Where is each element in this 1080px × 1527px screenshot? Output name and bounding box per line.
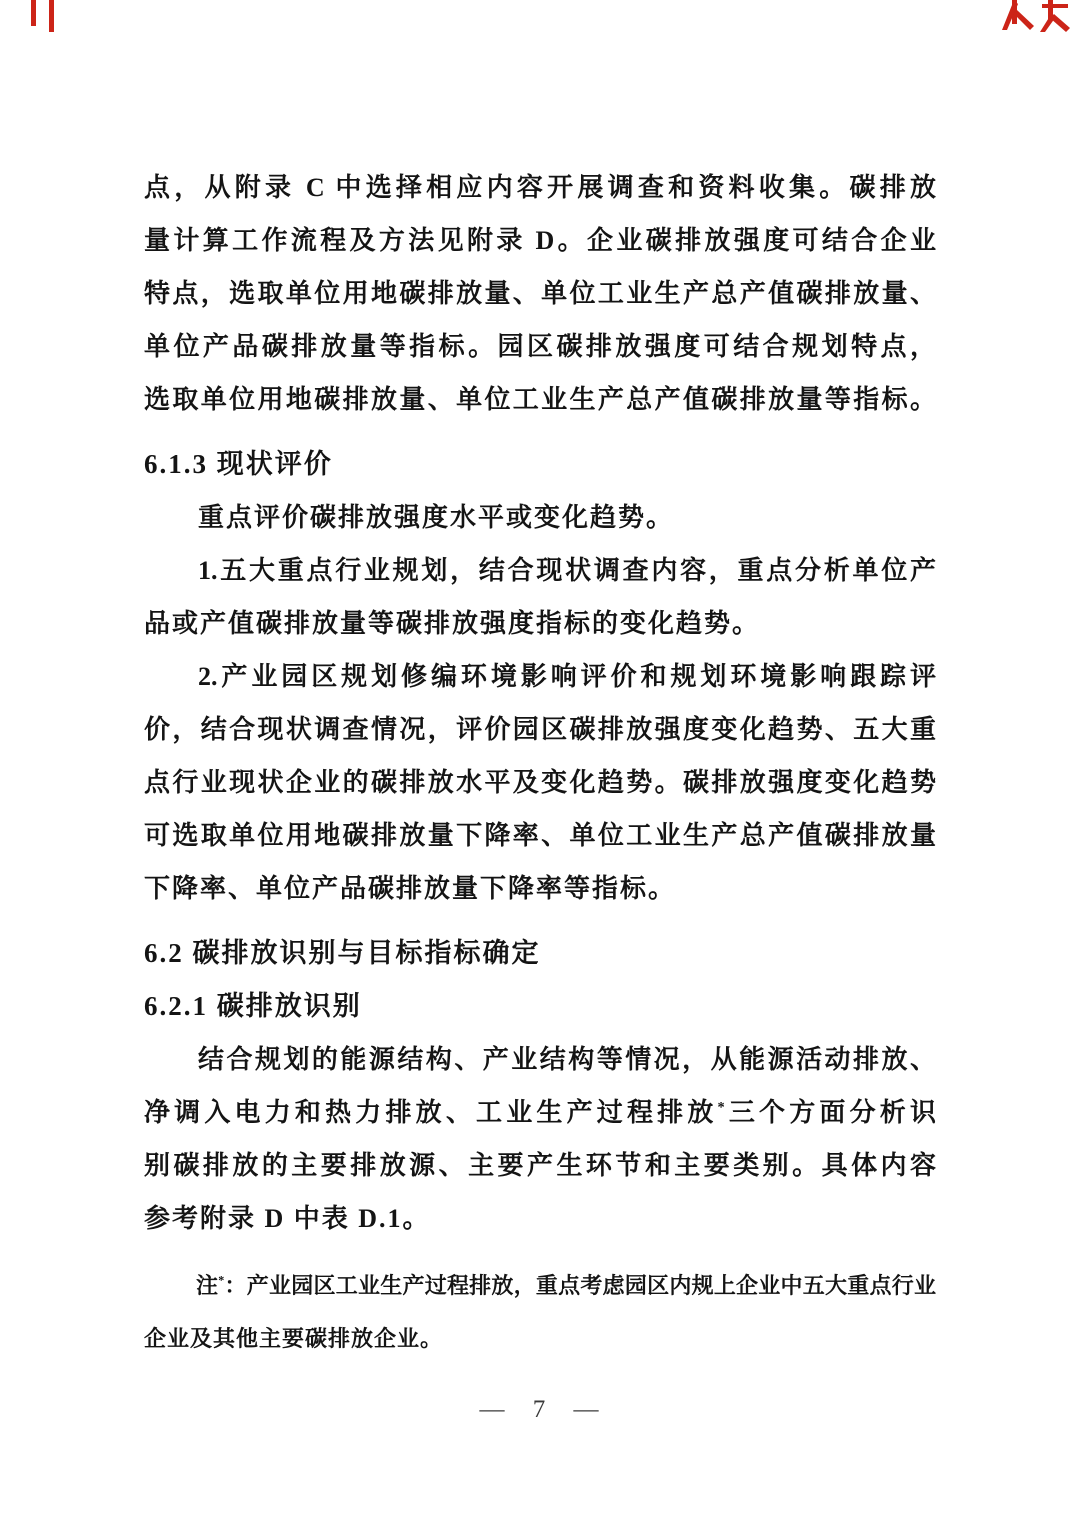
text-line: 别碳排放的主要排放源、主要产生环节和主要类别。具体内容 bbox=[144, 1139, 936, 1192]
section-heading: 6.1.3 现状评价 bbox=[144, 438, 936, 491]
text-line: 量计算工作流程及方法见附录 D。企业碳排放强度可结合企业 bbox=[144, 214, 936, 267]
text-segment: ：产业园区工业生产过程排放，重点考虑园区内规上企业中五大重点行业 bbox=[224, 1273, 936, 1298]
text-line: 下降率、单位产品碳排放量下降率等指标。 bbox=[144, 862, 936, 915]
text-line: 6.2 碳排放识别与目标指标确定 bbox=[144, 927, 936, 980]
text-line: 价，结合现状调查情况，评价园区碳排放强度变化趋势、五大重 bbox=[144, 703, 936, 756]
text-line: 参考附录 D 中表 D.1。 bbox=[144, 1192, 936, 1245]
text-line: 点，从附录 C 中选择相应内容开展调查和资料收集。碳排放 bbox=[144, 161, 936, 214]
text-line: 重点评价碳排放强度水平或变化趋势。 bbox=[144, 491, 936, 544]
footnote-marker: * bbox=[718, 1099, 725, 1115]
text-line: 6.2.1 碳排放识别 bbox=[144, 980, 936, 1033]
paragraph: 结合规划的能源结构、产业结构等情况，从能源活动排放、净调入电力和热力排放、工业生… bbox=[144, 1033, 936, 1245]
text-line: 结合规划的能源结构、产业结构等情况，从能源活动排放、 bbox=[144, 1033, 936, 1086]
red-stroke-fragment-right-icon bbox=[1000, 0, 1078, 36]
text-line: 6.1.3 现状评价 bbox=[144, 438, 936, 491]
section-heading: 6.2.1 碳排放识别 bbox=[144, 980, 936, 1033]
text-line: 点行业现状企业的碳排放水平及变化趋势。碳排放强度变化趋势 bbox=[144, 756, 936, 809]
document-page: 点，从附录 C 中选择相应内容开展调查和资料收集。碳排放量计算工作流程及方法见附… bbox=[0, 0, 1080, 1527]
text-line: 净调入电力和热力排放、工业生产过程排放*三个方面分析识 bbox=[144, 1086, 936, 1139]
red-stroke-fragment-left-icon bbox=[27, 0, 61, 38]
text-line: 特点，选取单位用地碳排放量、单位工业生产总产值碳排放量、 bbox=[144, 267, 936, 320]
text-segment: 三个方面分析识 bbox=[725, 1098, 936, 1127]
text-segment: 注 bbox=[196, 1273, 218, 1298]
text-line: 可选取单位用地碳排放量下降率、单位工业生产总产值碳排放量 bbox=[144, 809, 936, 862]
text-line: 注*：产业园区工业生产过程排放，重点考虑园区内规上企业中五大重点行业 bbox=[144, 1259, 936, 1312]
footnote: 注*：产业园区工业生产过程排放，重点考虑园区内规上企业中五大重点行业企业及其他主… bbox=[144, 1259, 936, 1365]
text-line: 2.产业园区规划修编环境影响评价和规划环境影响跟踪评 bbox=[144, 650, 936, 703]
document-body: 点，从附录 C 中选择相应内容开展调查和资料收集。碳排放量计算工作流程及方法见附… bbox=[144, 161, 936, 1365]
paragraph: 重点评价碳排放强度水平或变化趋势。 bbox=[144, 491, 936, 544]
text-line: 企业及其他主要碳排放企业。 bbox=[144, 1312, 936, 1365]
text-line: 1.五大重点行业规划，结合现状调查内容，重点分析单位产 bbox=[144, 544, 936, 597]
paragraph: 点，从附录 C 中选择相应内容开展调查和资料收集。碳排放量计算工作流程及方法见附… bbox=[144, 161, 936, 426]
section-heading: 6.2 碳排放识别与目标指标确定 bbox=[144, 927, 936, 980]
page-number: — 7 — bbox=[0, 1396, 1080, 1424]
text-line: 品或产值碳排放量等碳排放强度指标的变化趋势。 bbox=[144, 597, 936, 650]
paragraph: 2.产业园区规划修编环境影响评价和规划环境影响跟踪评价，结合现状调查情况，评价园… bbox=[144, 650, 936, 915]
text-line: 单位产品碳排放量等指标。园区碳排放强度可结合规划特点， bbox=[144, 320, 936, 373]
text-segment: 净调入电力和热力排放、工业生产过程排放 bbox=[144, 1098, 718, 1127]
text-line: 选取单位用地碳排放量、单位工业生产总产值碳排放量等指标。 bbox=[144, 373, 936, 426]
paragraph: 1.五大重点行业规划，结合现状调查内容，重点分析单位产品或产值碳排放量等碳排放强… bbox=[144, 544, 936, 650]
